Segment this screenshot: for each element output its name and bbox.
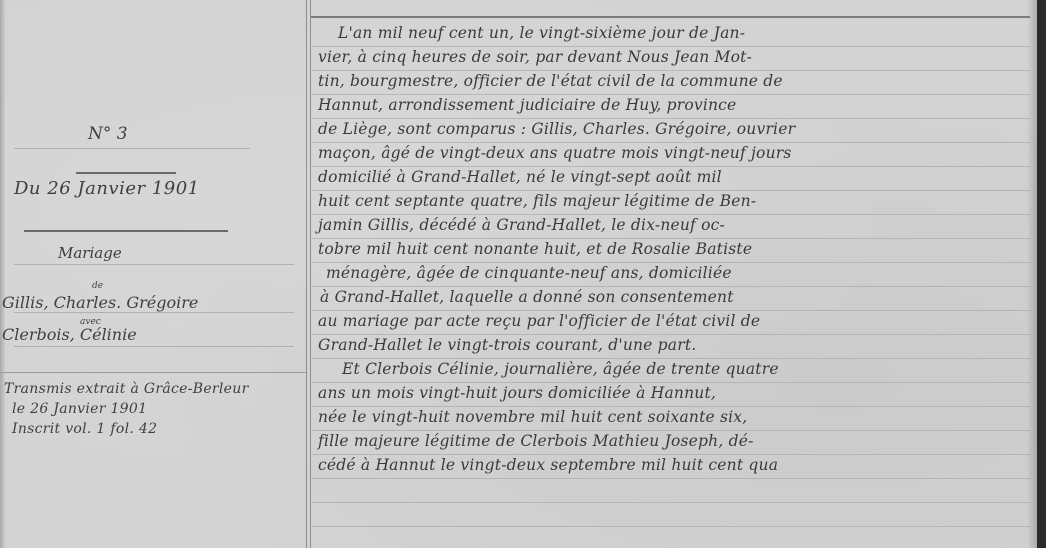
ruled-line: [312, 406, 1030, 407]
body-line: de Liège, sont comparus : Gillis, Charle…: [318, 120, 795, 138]
body-line: cédé à Hannut le vingt-deux septembre mi…: [318, 456, 778, 474]
number-underline: [76, 172, 176, 174]
body-line: L'an mil neuf cent un, le vingt-sixième …: [338, 24, 745, 42]
body-line: domicilié à Grand-Hallet, né le vingt-se…: [318, 168, 722, 186]
ruled-line: [312, 94, 1030, 95]
body-line: Grand-Hallet le vingt-trois courant, d'u…: [318, 336, 696, 354]
record-number: N° 3: [88, 124, 128, 144]
margin-ruled-line: [14, 346, 294, 347]
ruled-line: [312, 286, 1030, 287]
ruled-line: [312, 142, 1030, 143]
margin-ruled-line: [14, 148, 250, 149]
margin-ruled-line: [14, 264, 294, 265]
body-line: tin, bourgmestre, officier de l'état civ…: [318, 72, 783, 90]
groom-connector: de: [92, 281, 103, 291]
ruled-line: [312, 262, 1030, 263]
body-line: vier, à cinq heures de soir, par devant …: [318, 48, 752, 66]
date-underline: [24, 230, 228, 232]
body-line: jamin Gillis, décédé à Grand-Hallet, le …: [318, 216, 725, 234]
body-line: ans un mois vingt-huit jours domiciliée …: [318, 384, 716, 402]
ruled-line: [312, 46, 1030, 47]
binding-edge: [1037, 0, 1046, 548]
ruled-line: [312, 334, 1030, 335]
groom-name: Gillis, Charles. Grégoire: [2, 293, 198, 312]
transmission-note-line: Inscrit vol. 1 fol. 42: [12, 421, 157, 437]
margin-rule: [310, 0, 311, 548]
ruled-line: [312, 526, 1030, 527]
ruled-line: [312, 214, 1030, 215]
ruled-line: [312, 430, 1030, 431]
transmission-note-line: le 26 Janvier 1901: [12, 401, 147, 417]
ruled-line: [312, 70, 1030, 71]
bride-name: Clerbois, Célinie: [2, 325, 137, 344]
header-rule: [310, 16, 1030, 18]
ruled-line: [312, 454, 1030, 455]
record-type: Mariage: [58, 244, 122, 262]
ruled-line: [312, 502, 1030, 503]
record-date: Du 26 Janvier 1901: [14, 178, 200, 199]
transmission-note-line: Transmis extrait à Grâce-Berleur: [4, 381, 249, 397]
ruled-line: [312, 238, 1030, 239]
ruled-line: [312, 358, 1030, 359]
ruled-line: [312, 382, 1030, 383]
body-line: au mariage par acte reçu par l'officier …: [318, 312, 760, 330]
ruled-line: [312, 118, 1030, 119]
ruled-line: [312, 478, 1030, 479]
margin-ruled-line: [14, 312, 294, 313]
margin-column: N° 3 Du 26 Janvier 1901 Mariage de Gilli…: [0, 0, 306, 548]
register-page: N° 3 Du 26 Janvier 1901 Mariage de Gilli…: [0, 0, 1046, 548]
body-line: maçon, âgé de vingt-deux ans quatre mois…: [318, 144, 792, 162]
body-line: fille majeure légitime de Clerbois Mathi…: [318, 432, 754, 450]
binding-shadow: [1027, 0, 1037, 548]
body-line: ménagère, âgée de cinquante-neuf ans, do…: [326, 264, 732, 282]
body-line: à Grand-Hallet, laquelle a donné son con…: [320, 288, 734, 306]
margin-rule: [306, 0, 307, 548]
body-line: Hannut, arrondissement judiciaire de Huy…: [318, 96, 736, 114]
body-line: Et Clerbois Célinie, journalière, âgée d…: [342, 360, 779, 378]
ruled-line: [312, 190, 1030, 191]
body-line: huit cent septante quatre, fils majeur l…: [318, 192, 756, 210]
margin-separator: [0, 372, 306, 373]
body-line: née le vingt-huit novembre mil huit cent…: [318, 408, 747, 426]
ruled-line: [312, 166, 1030, 167]
ruled-line: [312, 310, 1030, 311]
body-line: tobre mil huit cent nonante huit, et de …: [318, 240, 752, 258]
